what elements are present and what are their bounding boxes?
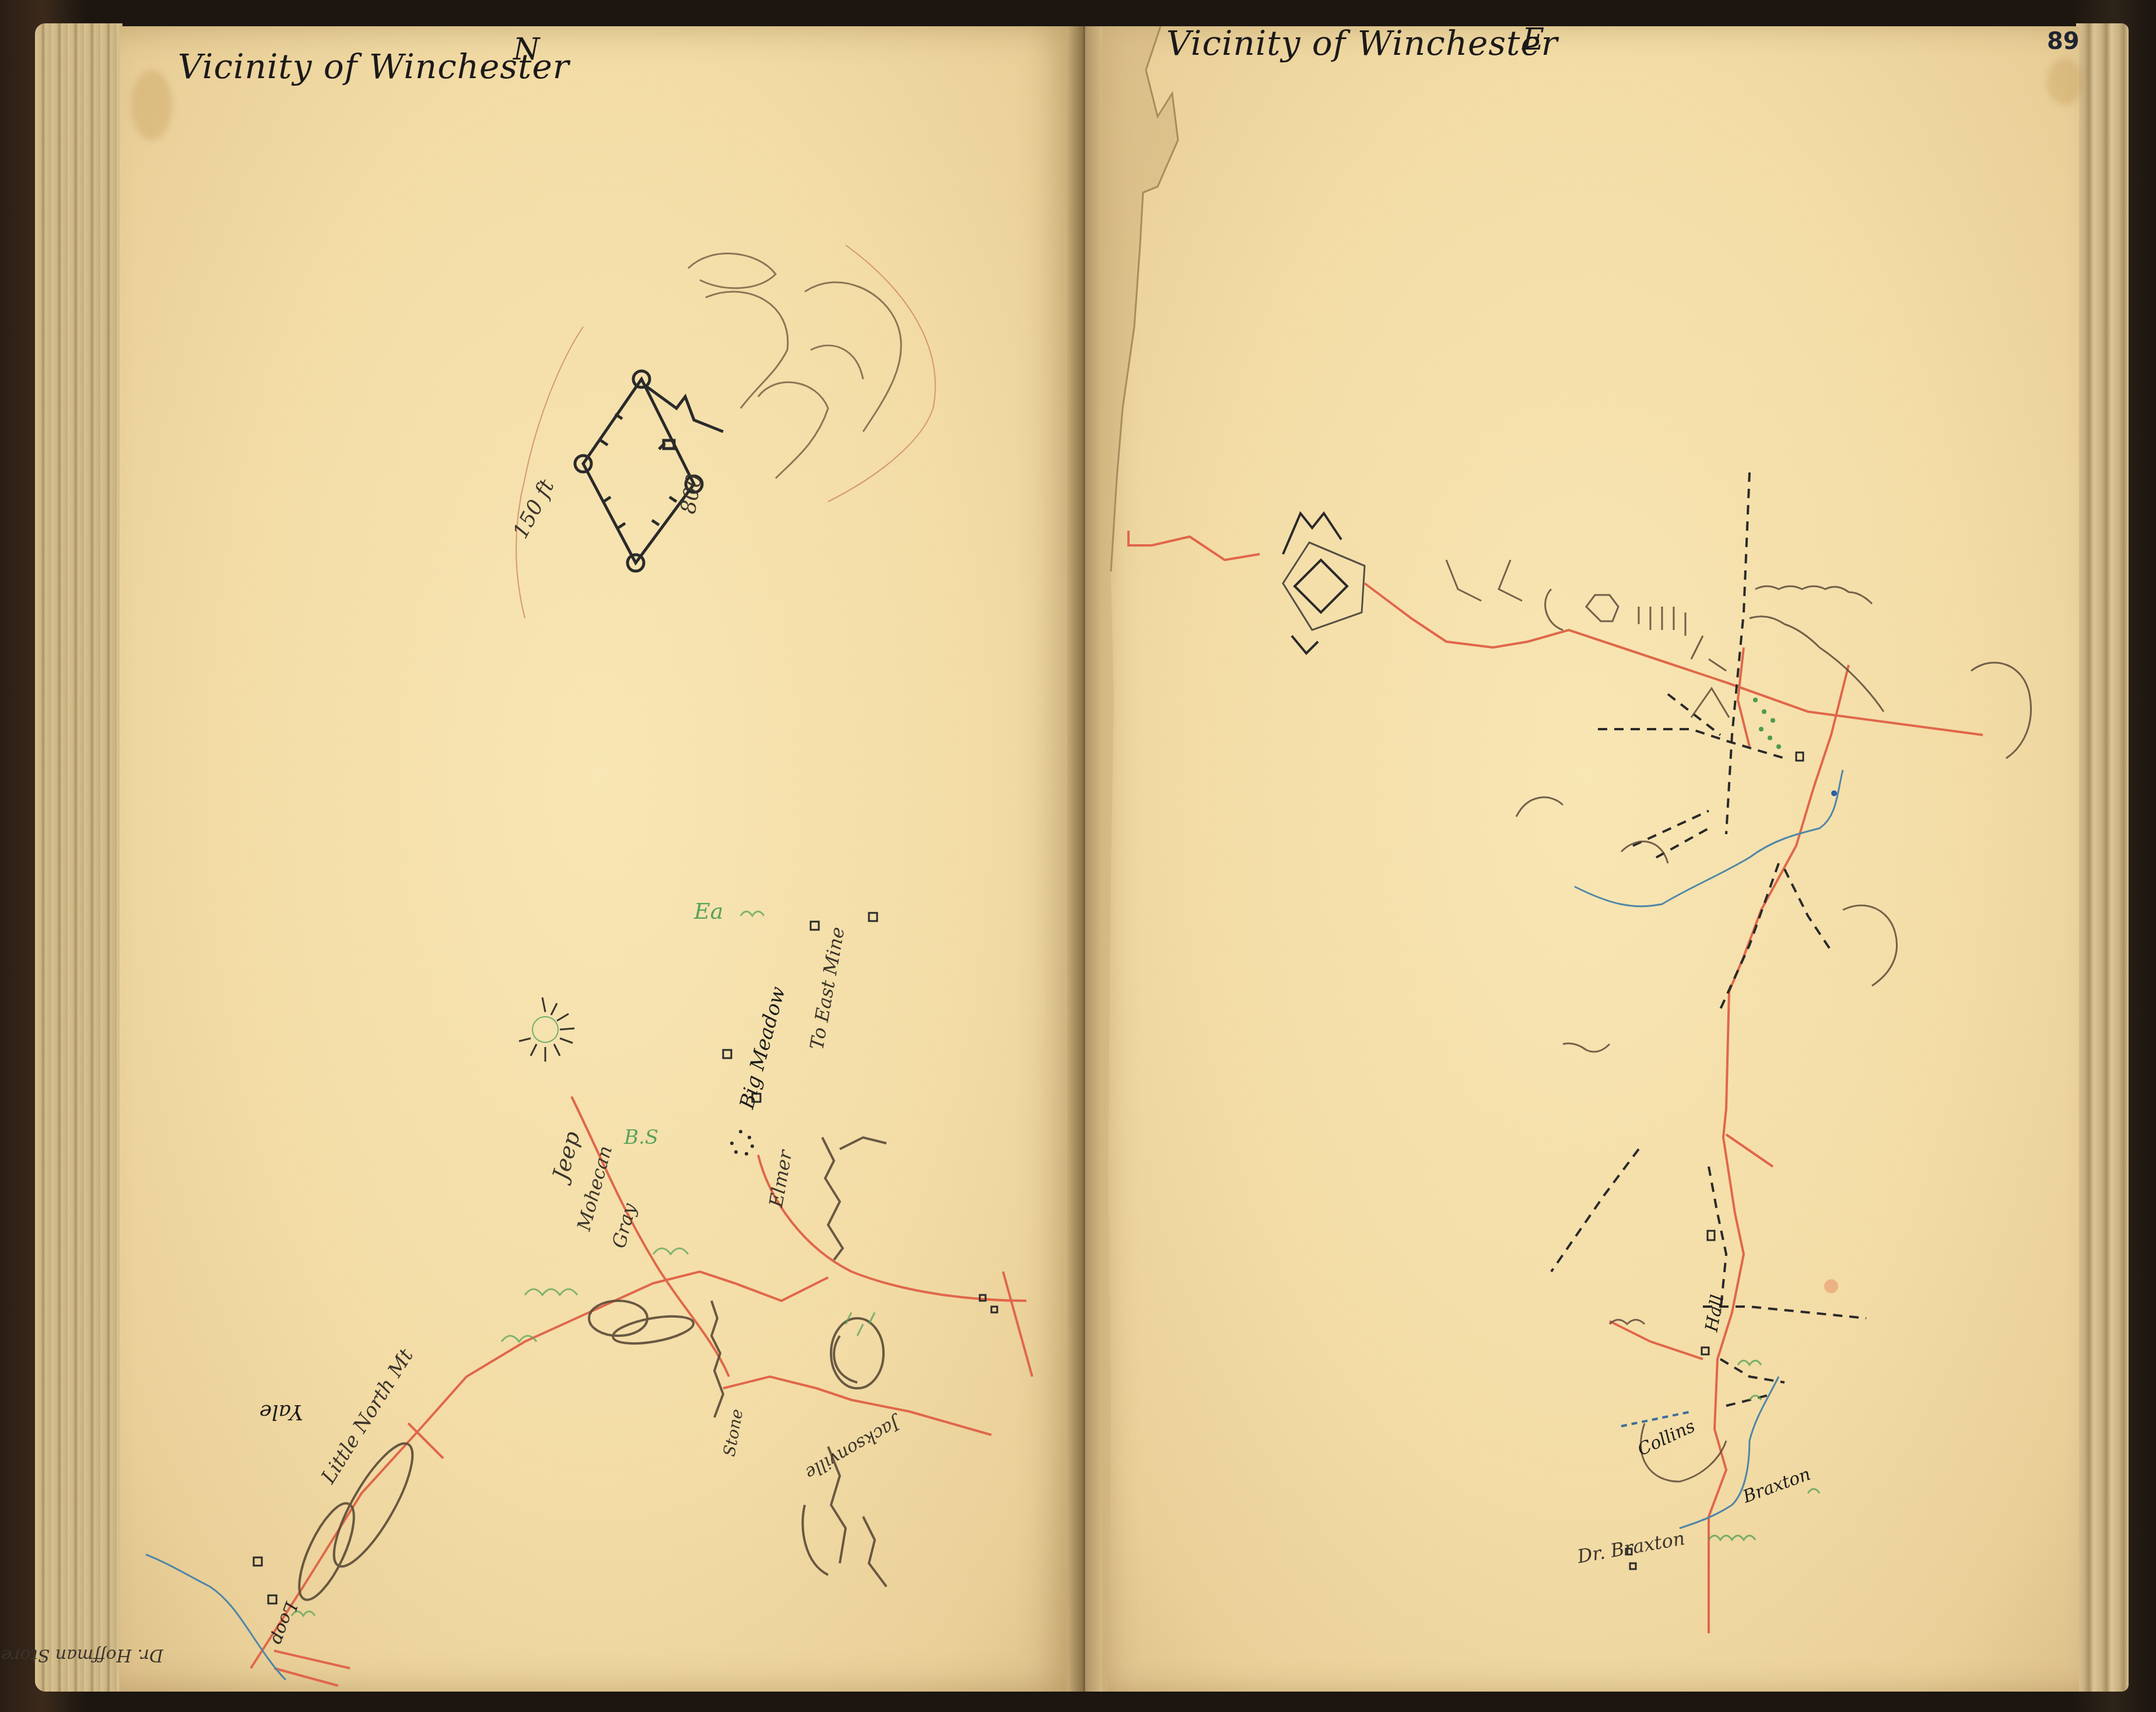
bs-label: B.S [624,1126,658,1149]
page-number: 89 [2047,28,2080,55]
right-page [1091,26,2079,1692]
page-edges-left [35,23,122,1692]
ea-label: Ea [694,898,723,924]
right-page-title: Vicinity of Winchester [1166,23,1558,63]
north-arrow-mark: N [513,32,540,67]
east-arrow-mark: E [1522,22,1544,57]
inverted-note-label: Dr. Hoffman Store Ho [0,1645,163,1665]
page-edges-right [2076,23,2129,1692]
ink-stain [2047,58,2082,105]
book-gutter [1067,26,1102,1692]
left-page [120,26,1079,1692]
yale-label: Yale [260,1400,303,1424]
left-page-title: Vicinity of Winchester [178,47,569,86]
ink-stain [131,70,172,140]
